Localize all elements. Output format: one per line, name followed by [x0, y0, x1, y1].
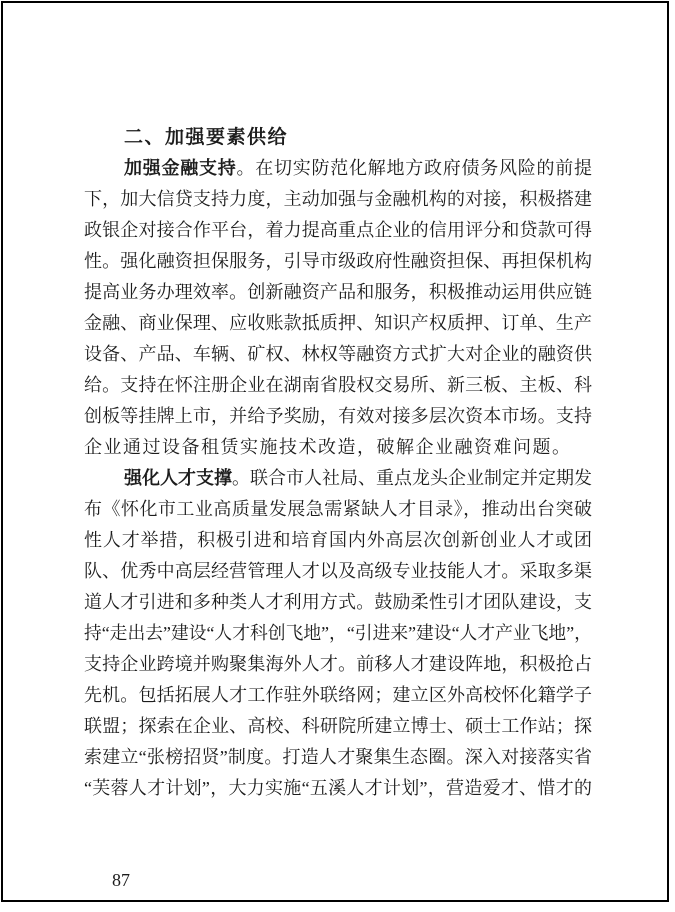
text-line: 强化人才支撑。联合市人社局、重点龙头企业制定并定期发 [84, 463, 592, 494]
text-line: 下，加大信贷支持力度，主动加强与金融机构的对接，积极搭建 [84, 184, 592, 215]
text-segment: 队、优秀中高层经营管理人才以及高级专业技能人才。采取多渠 [84, 561, 592, 581]
text-line: 队、优秀中高层经营管理人才以及高级专业技能人才。采取多渠 [84, 556, 592, 587]
text-segment: 创板等挂牌上市，并给予奖励，有效对接多层次资本市场。支持 [84, 406, 592, 426]
text-line: 联盟；探索在企业、高校、科研院所建立博士、硕士工作站；探 [84, 711, 592, 742]
text-line: 提高业务办理效率。创新融资产品和服务，积极推动运用供应链 [84, 277, 592, 308]
text-line: 创板等挂牌上市，并给予奖励，有效对接多层次资本市场。支持 [84, 401, 592, 432]
text-segment: 给。支持在怀注册企业在湖南省股权交易所、新三板、主板、科 [84, 375, 592, 395]
text-body: 二、加强要素供给 加强金融支持。在切实防范化解地方政府债务风险的前提下，加大信贷… [84, 122, 592, 804]
text-segment: 政银企对接合作平台，着力提高重点企业的信用评分和贷款可得 [84, 220, 592, 240]
text-line: 布《怀化市工业高质量发展急需紧缺人才目录》，推动出台突破 [84, 494, 592, 525]
section-heading: 二、加强要素供给 [84, 122, 592, 153]
text-segment: 支持企业跨境并购聚集海外人才。前移人才建设阵地，积极抢占 [84, 654, 592, 674]
text-line: 持“走出去”建设“人才科创飞地”，“引进来”建设“人才产业飞地”， [84, 618, 586, 649]
text-segment: 金融、商业保理、应收账款抵质押、知识产权质押、订单、生产 [84, 313, 592, 333]
text-line: 先机。包括拓展人才工作驻外联络网；建立区外高校怀化籍学子 [84, 680, 592, 711]
text-segment: 下，加大信贷支持力度，主动加强与金融机构的对接，积极搭建 [84, 189, 592, 209]
text-line: 性人才举措，积极引进和培育国内外高层次创新创业人才或团 [84, 525, 592, 556]
text-segment: 设备、产品、车辆、矿权、林权等融资方式扩大对企业的融资供 [84, 344, 592, 364]
text-segment: 联盟；探索在企业、高校、科研院所建立博士、硕士工作站；探 [84, 716, 592, 736]
text-segment: 提高业务办理效率。创新融资产品和服务，积极推动运用供应链 [84, 282, 592, 302]
text-line: 设备、产品、车辆、矿权、林权等融资方式扩大对企业的融资供 [84, 339, 592, 370]
text-line: 支持企业跨境并购聚集海外人才。前移人才建设阵地，积极抢占 [84, 649, 592, 680]
text-line: 加强金融支持。在切实防范化解地方政府债务风险的前提 [84, 153, 592, 184]
text-line: 政银企对接合作平台，着力提高重点企业的信用评分和贷款可得 [84, 215, 592, 246]
text-segment: 。在切实防范化解地方政府债务风险的前提 [237, 158, 593, 178]
text-segment: 持“走出去”建设“人才科创飞地”，“引进来”建设“人才产业飞地”， [84, 623, 592, 643]
text-segment: 性人才举措，积极引进和培育国内外高层次创新创业人才或团 [84, 530, 592, 550]
paragraph: 强化人才支撑。联合市人社局、重点龙头企业制定并定期发布《怀化市工业高质量发展急需… [84, 463, 592, 804]
bold-lead-text: 加强金融支持 [124, 158, 237, 178]
text-segment: 道人才引进和多种类人才利用方式。鼓励柔性引才团队建设，支 [84, 592, 592, 612]
bold-lead-text: 强化人才支撑 [124, 468, 232, 488]
text-line: 道人才引进和多种类人才利用方式。鼓励柔性引才团队建设，支 [84, 587, 592, 618]
paragraphs-container: 加强金融支持。在切实防范化解地方政府债务风险的前提下，加大信贷支持力度，主动加强… [84, 153, 592, 804]
section-heading-text: 二、加强要素供给 [124, 127, 288, 148]
text-line: 给。支持在怀注册企业在湖南省股权交易所、新三板、主板、科 [84, 370, 592, 401]
text-segment: 。联合市人社局、重点龙头企业制定并定期发 [232, 468, 592, 488]
text-segment: 先机。包括拓展人才工作驻外联络网；建立区外高校怀化籍学子 [84, 685, 592, 705]
text-line: 性。强化融资担保服务，引导市级政府性融资担保、再担保机构 [84, 246, 592, 277]
text-line: 金融、商业保理、应收账款抵质押、知识产权质押、订单、生产 [84, 308, 592, 339]
text-segment: 性。强化融资担保服务，引导市级政府性融资担保、再担保机构 [84, 251, 592, 271]
page-number: 87 [112, 868, 130, 892]
text-line: 索建立“张榜招贤”制度。打造人才聚集生态圈。深入对接落实省 [84, 742, 592, 773]
text-line: 企业通过设备租赁实施技术改造，破解企业融资难问题。 [84, 432, 592, 463]
paragraph: 加强金融支持。在切实防范化解地方政府债务风险的前提下，加大信贷支持力度，主动加强… [84, 153, 592, 463]
text-segment: 布《怀化市工业高质量发展急需紧缺人才目录》，推动出台突破 [84, 499, 592, 519]
text-segment: “芙蓉人才计划”，大力实施“五溪人才计划”，营造爱才、惜才的 [84, 778, 592, 798]
text-segment: 索建立“张榜招贤”制度。打造人才聚集生态圈。深入对接落实省 [84, 747, 592, 767]
text-line: “芙蓉人才计划”，大力实施“五溪人才计划”，营造爱才、惜才的 [84, 773, 592, 804]
text-segment: 企业通过设备租赁实施技术改造，破解企业融资难问题。 [84, 437, 572, 457]
